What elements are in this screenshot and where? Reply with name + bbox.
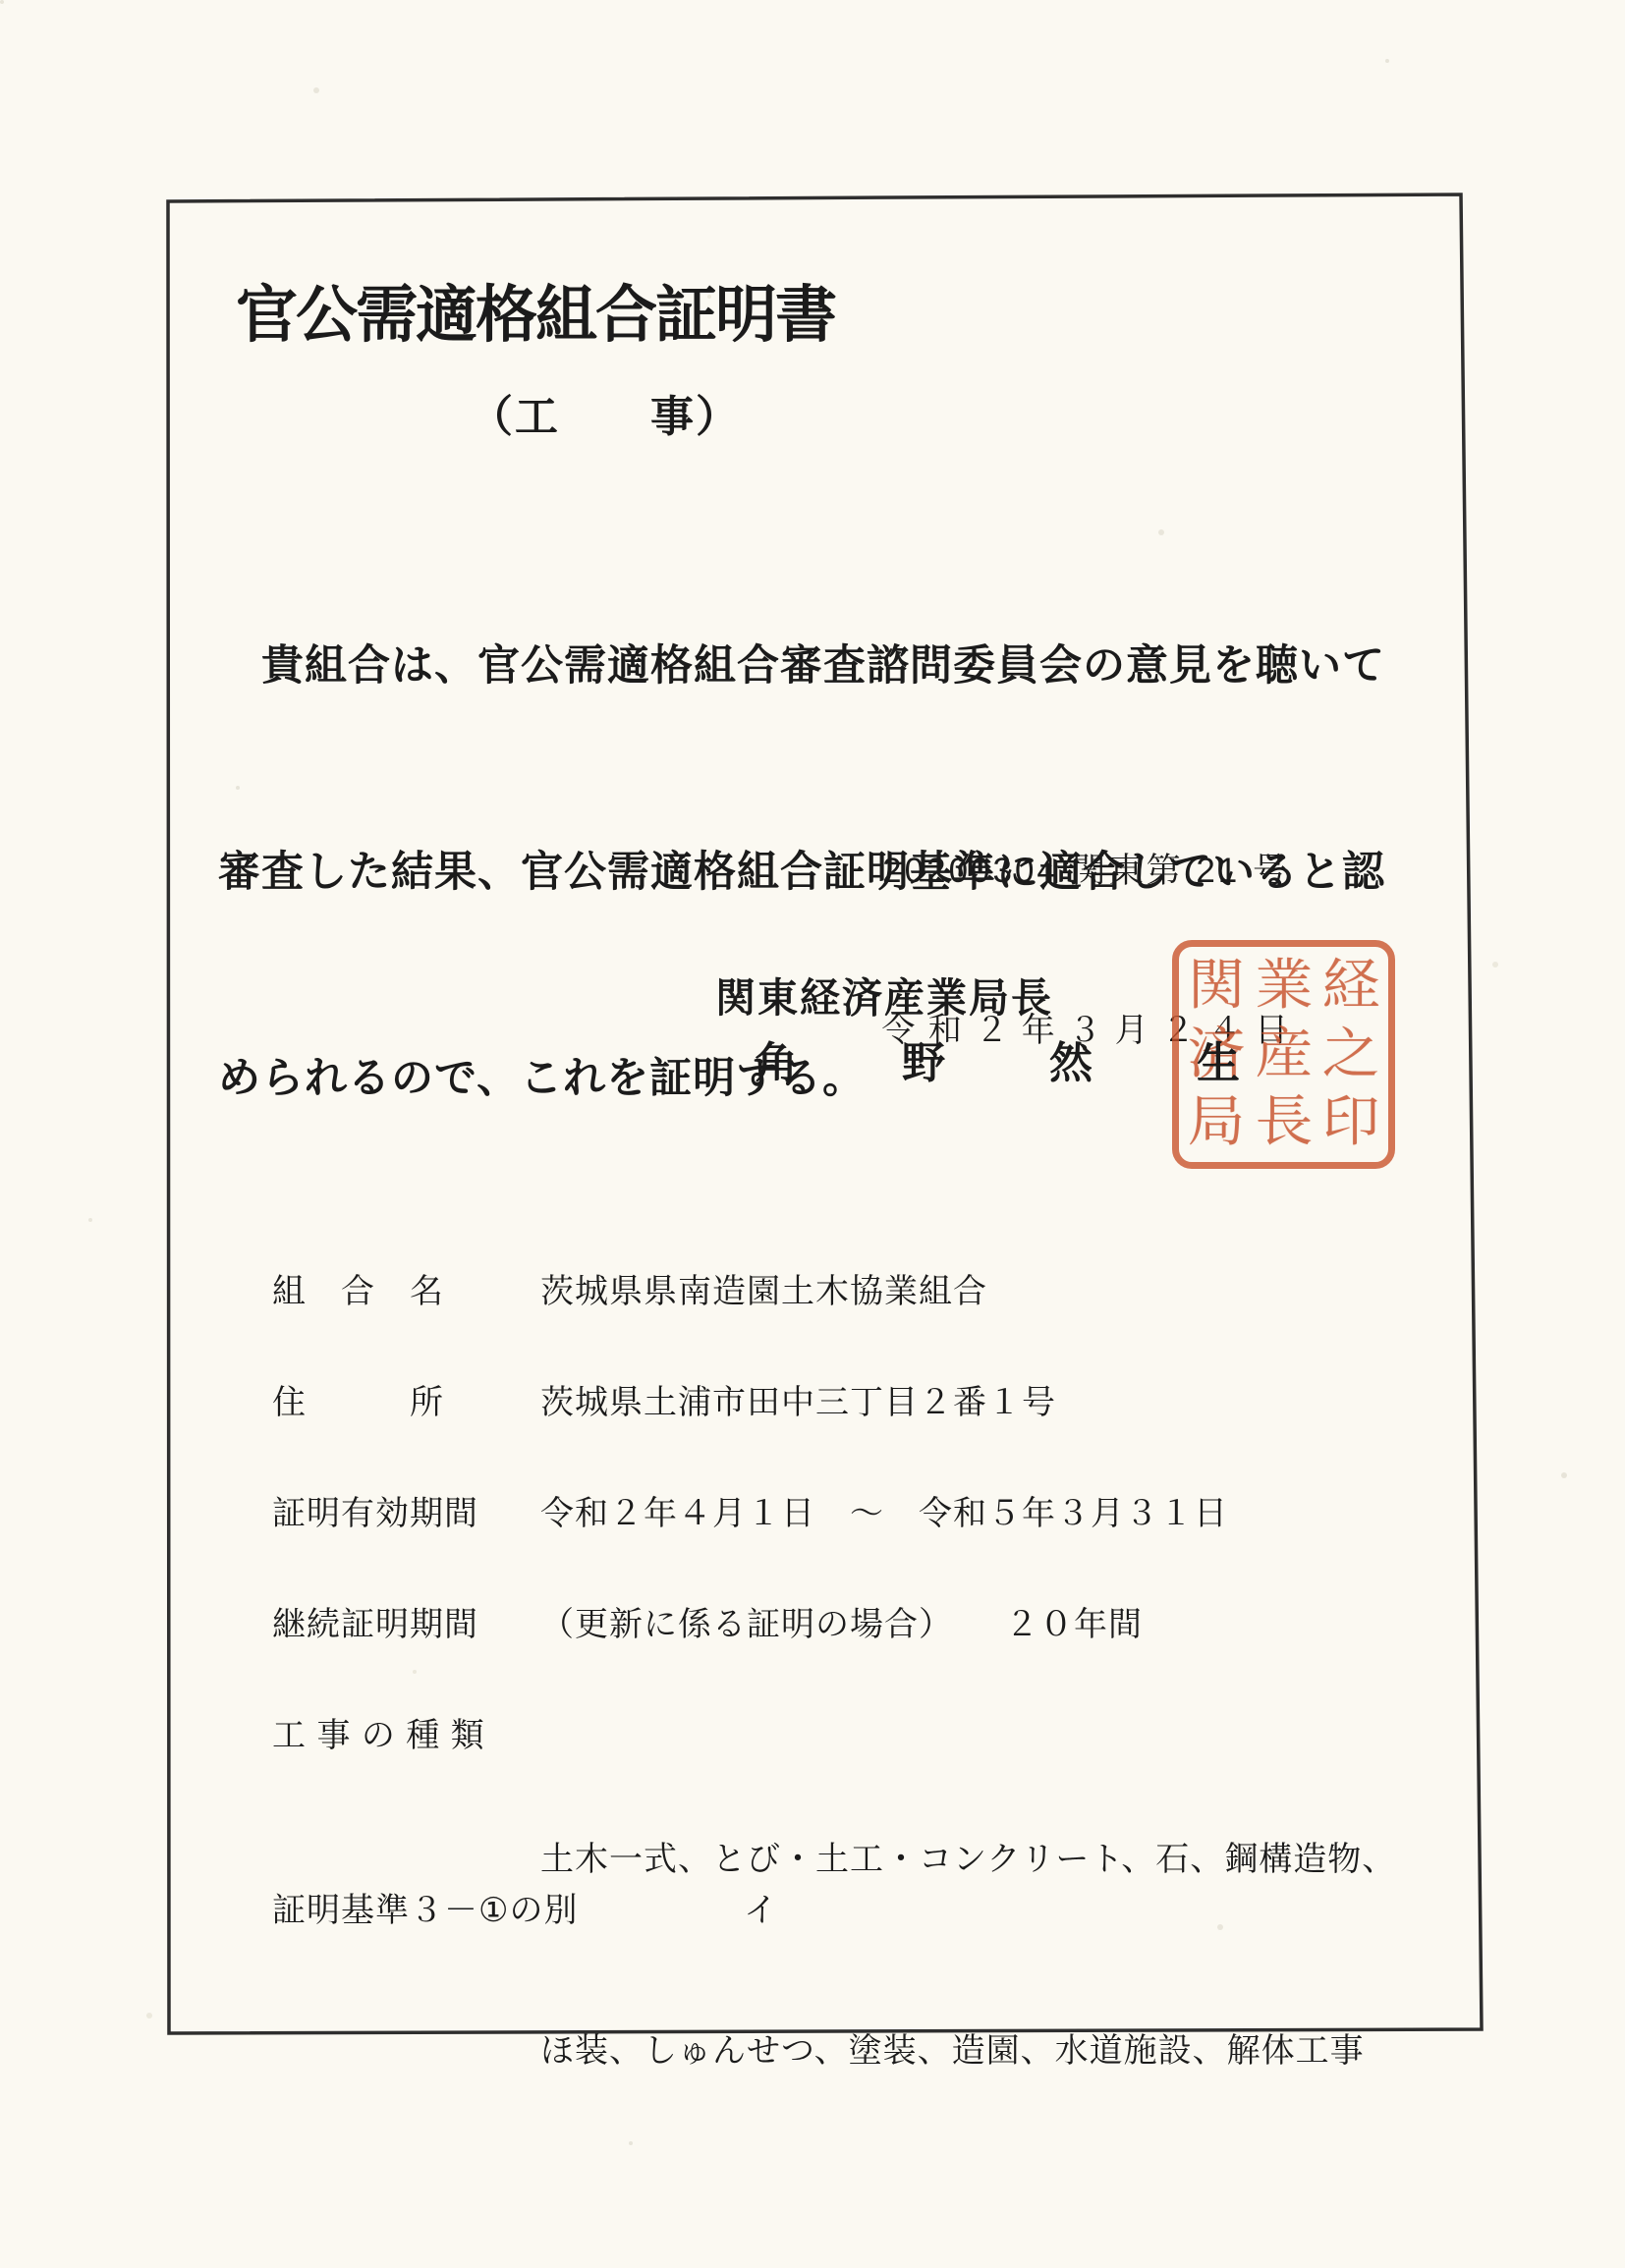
seal-glyph: 関 (1188, 955, 1246, 1018)
seal-glyph: 産 (1255, 1023, 1313, 1086)
statement-line-1: 貴組合は、官公需適格組合審査諮問委員会の意見を聴いて (218, 632, 1385, 700)
seal-glyph: 経 (1322, 955, 1380, 1018)
certificate-title: 官公需適格組合証明書 (236, 265, 835, 355)
seal-glyph: 業 (1255, 955, 1313, 1018)
seal-column-middle: 業 産 長 (1257, 955, 1312, 1154)
construction-types-line-1: 土木一式、とび・土工・コンクリート、石、鋼構造物、 (540, 1828, 1396, 1892)
certificate-page: 官公需適格組合証明書 （工 事） 貴組合は、官公需適格組合審査諮問委員会の意見を… (0, 0, 1625, 2268)
document-number: 20200304 関東第 21 号 (881, 845, 1290, 898)
seal-glyph: 印 (1322, 1091, 1380, 1154)
seal-glyph: 之 (1322, 1023, 1380, 1086)
field-label-association-name: 組 合 名 (272, 1264, 444, 1312)
field-label-validity-period: 証明有効期間 (272, 1486, 478, 1534)
field-value-construction-types: 土木一式、とび・土工・コンクリート、石、鋼構造物、 ほ装、しゅんせつ、塗装、造園… (540, 1700, 1396, 2211)
seal-column-right: 経 之 印 (1323, 955, 1378, 1154)
field-value-continuous-certification-period: （更新に係る証明の場合） ２０年間 (540, 1597, 1143, 1645)
seal-glyph: 長 (1255, 1091, 1313, 1154)
field-label-address: 住 所 (272, 1375, 444, 1423)
issuer-name: 角 野 然 生 (755, 1027, 1246, 1090)
certificate-subtitle: （工 事） (470, 381, 741, 444)
field-label-construction-types: 工 事 の 種 類 (272, 1708, 485, 1756)
field-value-certification-standard: イ (744, 1883, 778, 1931)
issuer-title: 関東経済産業局長 (715, 966, 1053, 1023)
field-value-association-name: 茨城県県南造園土木協業組合 (540, 1264, 987, 1312)
field-label-continuous-certification-period: 継続証明期間 (272, 1597, 478, 1645)
field-value-validity-period: 令和２年４月１日 ～ 令和５年３月３１日 (540, 1486, 1228, 1534)
field-value-address: 茨城県土浦市田中三丁目２番１号 (540, 1375, 1056, 1423)
field-label-certification-standard: 証明基準３－①の別 (272, 1883, 578, 1931)
seal-glyph: 局 (1188, 1091, 1246, 1154)
construction-types-line-2: ほ装、しゅんせつ、塗装、造園、水道施設、解体工事 (540, 2019, 1396, 2083)
